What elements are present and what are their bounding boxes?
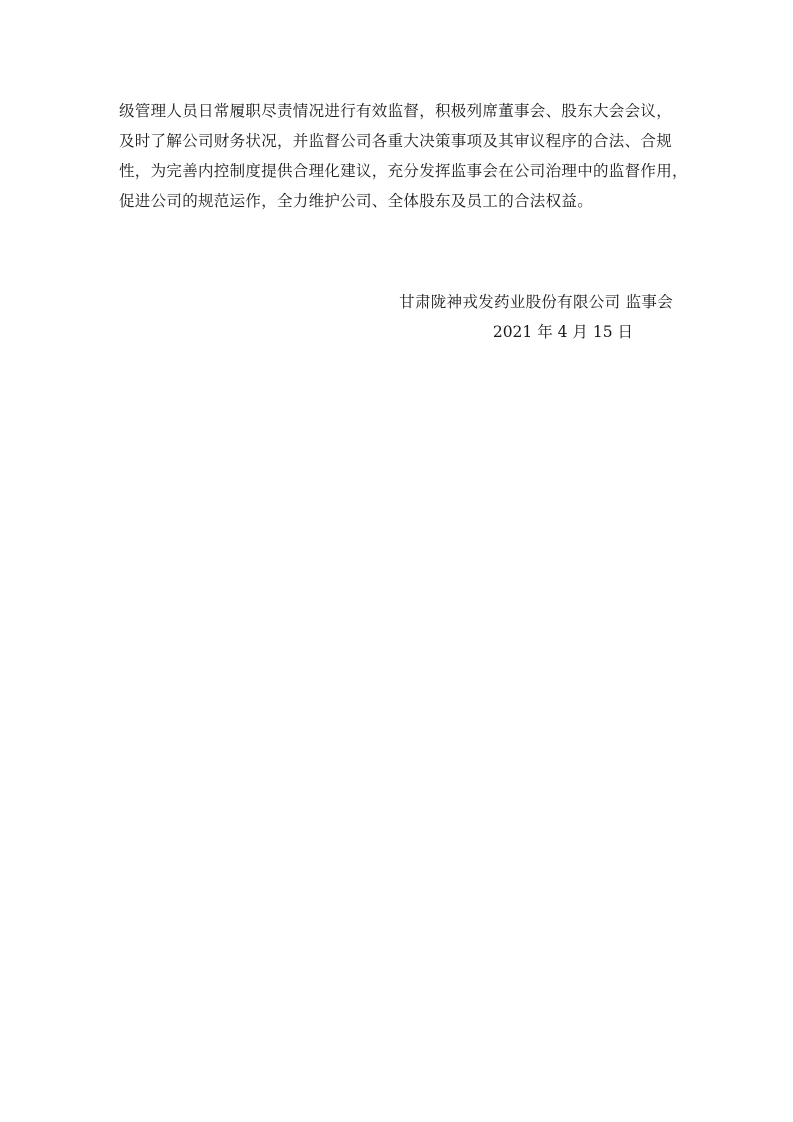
- signing-date: 2021 年 4 月 15 日: [399, 317, 673, 347]
- document-page: 级管理人员日常履职尽责情况进行有效监督，积极列席董事会、股东大会会议， 及时了解…: [0, 0, 793, 1122]
- paragraph-line: 及时了解公司财务状况，并监督公司各重大决策事项及其审议程序的合法、合规: [119, 126, 679, 156]
- signature-block: 甘肃陇神戎发药业股份有限公司 监事会 2021 年 4 月 15 日: [399, 287, 673, 347]
- body-paragraph: 级管理人员日常履职尽责情况进行有效监督，积极列席董事会、股东大会会议， 及时了解…: [119, 96, 679, 216]
- paragraph-line: 促进公司的规范运作，全力维护公司、全体股东及员工的合法权益。: [119, 186, 679, 216]
- paragraph-line: 性，为完善内控制度提供合理化建议，充分发挥监事会在公司治理中的监督作用，: [119, 156, 679, 186]
- paragraph-line: 级管理人员日常履职尽责情况进行有效监督，积极列席董事会、股东大会会议，: [119, 96, 679, 126]
- signing-organization: 甘肃陇神戎发药业股份有限公司 监事会: [399, 287, 673, 317]
